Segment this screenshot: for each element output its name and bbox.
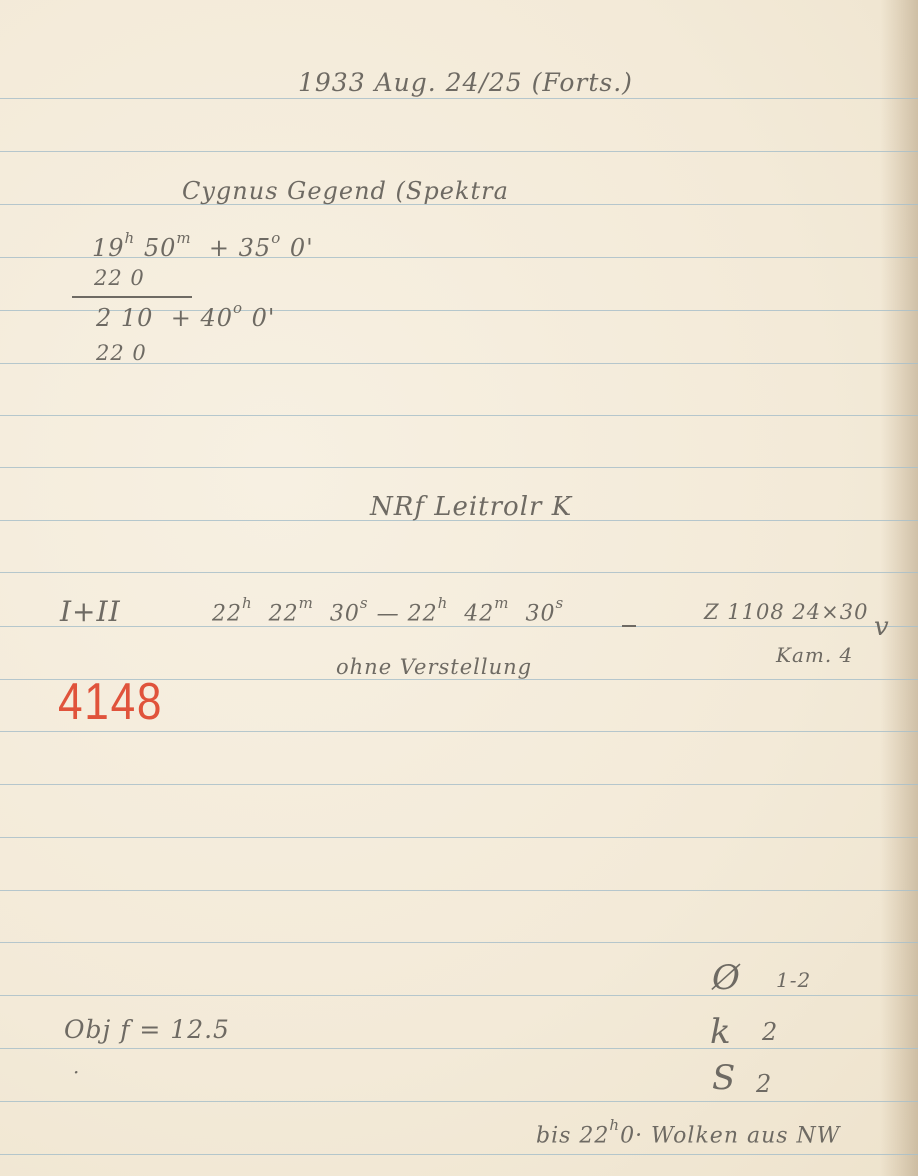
coord-row-3: 2 10 + 40o 0' — [96, 303, 276, 332]
ruled-line — [0, 1048, 918, 1049]
coord-row-2: 22 0 — [94, 266, 145, 290]
ruled-line — [0, 151, 918, 152]
footer-weather-note: bis 22h0· Wolken aus NW — [536, 1120, 840, 1148]
ruled-line — [0, 98, 918, 99]
section-title: Cygnus Gegend (Spektra — [182, 177, 509, 205]
stray-dot: · — [73, 1060, 80, 1084]
plate-info: Z 1108 24×30 — [704, 600, 868, 624]
coord-row-4: 22 0 — [96, 341, 147, 365]
ruled-line — [0, 1101, 918, 1102]
rating-value: 2 — [762, 1018, 778, 1046]
rating-symbol: Ø — [712, 958, 741, 998]
rating-symbol: S — [712, 1058, 736, 1098]
ruled-line — [0, 415, 918, 416]
ruled-line — [0, 784, 918, 785]
ruled-line — [0, 837, 918, 838]
check-mark: v — [874, 612, 890, 642]
ruled-line — [0, 995, 918, 996]
exposure-times: 22h 22m 30s — 22h 42m 30s — [212, 598, 564, 626]
sum-divider — [72, 296, 192, 298]
rating-value: 1-2 — [776, 968, 811, 992]
ruled-line — [0, 890, 918, 891]
notebook-page: 1933 Aug. 24/25 (Forts.) Cygnus Gegend (… — [0, 0, 918, 1176]
plate-number: 4148 — [58, 672, 163, 732]
object-line: NRf Leitrolr K — [370, 492, 572, 522]
ruled-line — [0, 942, 918, 943]
objective-focal-length: Obj f = 12.5 — [64, 1015, 230, 1044]
coord-row-1: 19h 50m + 35o 0' — [92, 233, 314, 262]
exposure-trailing-dash — [622, 625, 636, 627]
rating-value: 2 — [756, 1070, 772, 1098]
ruled-line — [0, 467, 918, 468]
ruled-line — [0, 572, 918, 573]
camera-label: Kam. 4 — [776, 643, 853, 667]
rating-symbol: k — [710, 1012, 732, 1052]
exposure-label: I+II — [60, 595, 121, 628]
exposure-note: ohne Verstellung — [336, 655, 532, 679]
page-header-date: 1933 Aug. 24/25 (Forts.) — [298, 68, 633, 97]
ruled-line — [0, 1154, 918, 1155]
